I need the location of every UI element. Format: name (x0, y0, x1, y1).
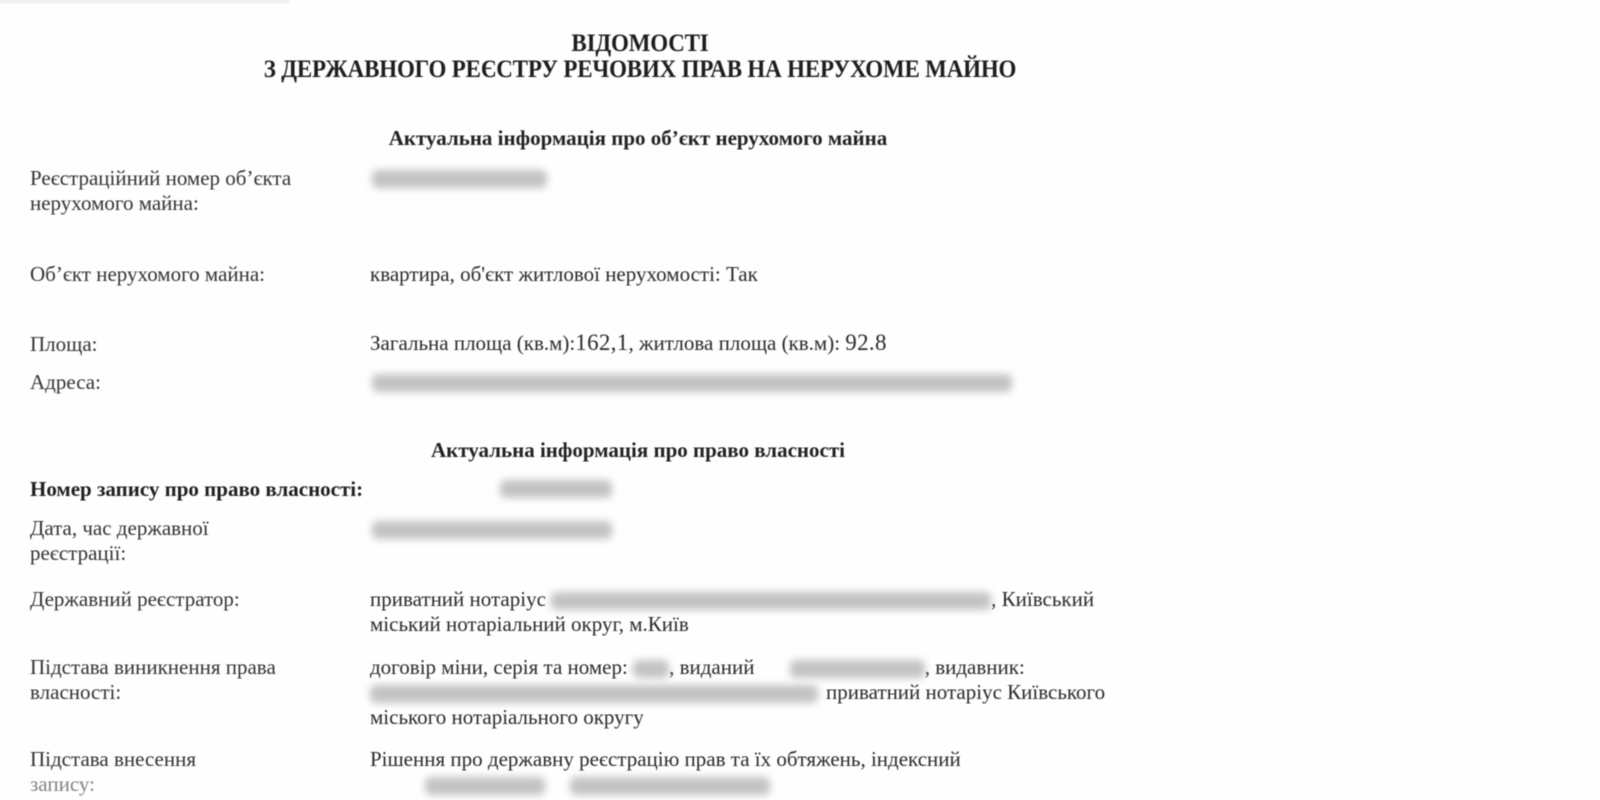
registrar-suffix: , Київський (991, 587, 1094, 611)
label-ownership-basis: Підстава виникнення права власності: (30, 655, 310, 705)
label-object-type: Об’єкт нерухомого майна: (30, 262, 290, 287)
basis-publisher: , видавник: (925, 655, 1025, 679)
redacted-registration-date (372, 521, 612, 539)
label-registration-number: Реєстраційний номер об’єкта нерухомого м… (30, 166, 310, 216)
basis-issued: , виданий (669, 655, 760, 679)
label-ownership-record-number: Номер запису про право власності: (30, 477, 363, 502)
redacted-ownership-record-number (500, 480, 612, 498)
section-heading-ownership: Актуальна інформація про право власності (0, 438, 1276, 463)
label-area: Площа: (30, 332, 350, 357)
registrar-line2: міський нотаріальний округ, м.Київ (370, 612, 1220, 637)
redacted-registration-number (372, 170, 547, 188)
document-title: ВІДОМОСТІ (51, 30, 1229, 58)
value-object-type: квартира, об'єкт житлової нерухомості: Т… (370, 262, 1220, 287)
redacted-decision-details (570, 777, 770, 795)
basis-prefix: договір міни, серія та номер: (370, 655, 633, 679)
redacted-publisher-name (370, 685, 818, 703)
section-heading-object: Актуальна інформація про об’єкт нерухомо… (0, 126, 1276, 151)
redacted-notary-name (551, 592, 991, 610)
redacted-address (372, 374, 1012, 392)
scan-edge (0, 0, 290, 4)
document-subtitle: З ДЕРЖАВНОГО РЕЄСТРУ РЕЧОВИХ ПРАВ НА НЕР… (51, 56, 1229, 84)
entry-basis-line1: Рішення про державну реєстрацію прав та … (370, 747, 1220, 772)
value-registrar: приватний нотаріус , Київський міський н… (370, 587, 1220, 637)
scanned-document-page: ВІДОМОСТІ З ДЕРЖАВНОГО РЕЄСТРУ РЕЧОВИХ П… (0, 0, 1600, 800)
redacted-index-number (425, 777, 545, 795)
value-entry-basis: Рішення про державну реєстрацію прав та … (370, 747, 1220, 797)
label-entry-basis-line1: Підстава внесення (30, 747, 350, 772)
value-ownership-basis: договір міни, серія та номер: , виданий … (370, 655, 1220, 730)
registrar-prefix: приватний нотаріус (370, 587, 551, 611)
basis-line3: міського нотаріального округу (370, 705, 1220, 730)
redacted-contract-number (633, 660, 669, 678)
label-entry-basis: Підстава внесення запису: (30, 747, 350, 797)
living-area-value: 92.8 (845, 330, 886, 355)
label-registrar: Державний реєстратор: (30, 587, 350, 612)
basis-line2-suffix: приватний нотаріус Київського (826, 680, 1105, 704)
entry-basis-line2 (370, 772, 1220, 797)
label-entry-basis-line2: запису: (30, 772, 350, 797)
label-registration-date: Дата, час державної реєстрації: (30, 516, 290, 566)
label-address: Адреса: (30, 370, 350, 395)
value-area: Загальна площа (кв.м):162,1, житлова пло… (370, 330, 1220, 356)
total-area-label: Загальна площа (кв.м): (370, 331, 575, 355)
total-area-value: 162,1 (575, 330, 628, 355)
redacted-issue-date (790, 660, 925, 678)
living-area-label: , житлова площа (кв.м): (629, 331, 846, 355)
